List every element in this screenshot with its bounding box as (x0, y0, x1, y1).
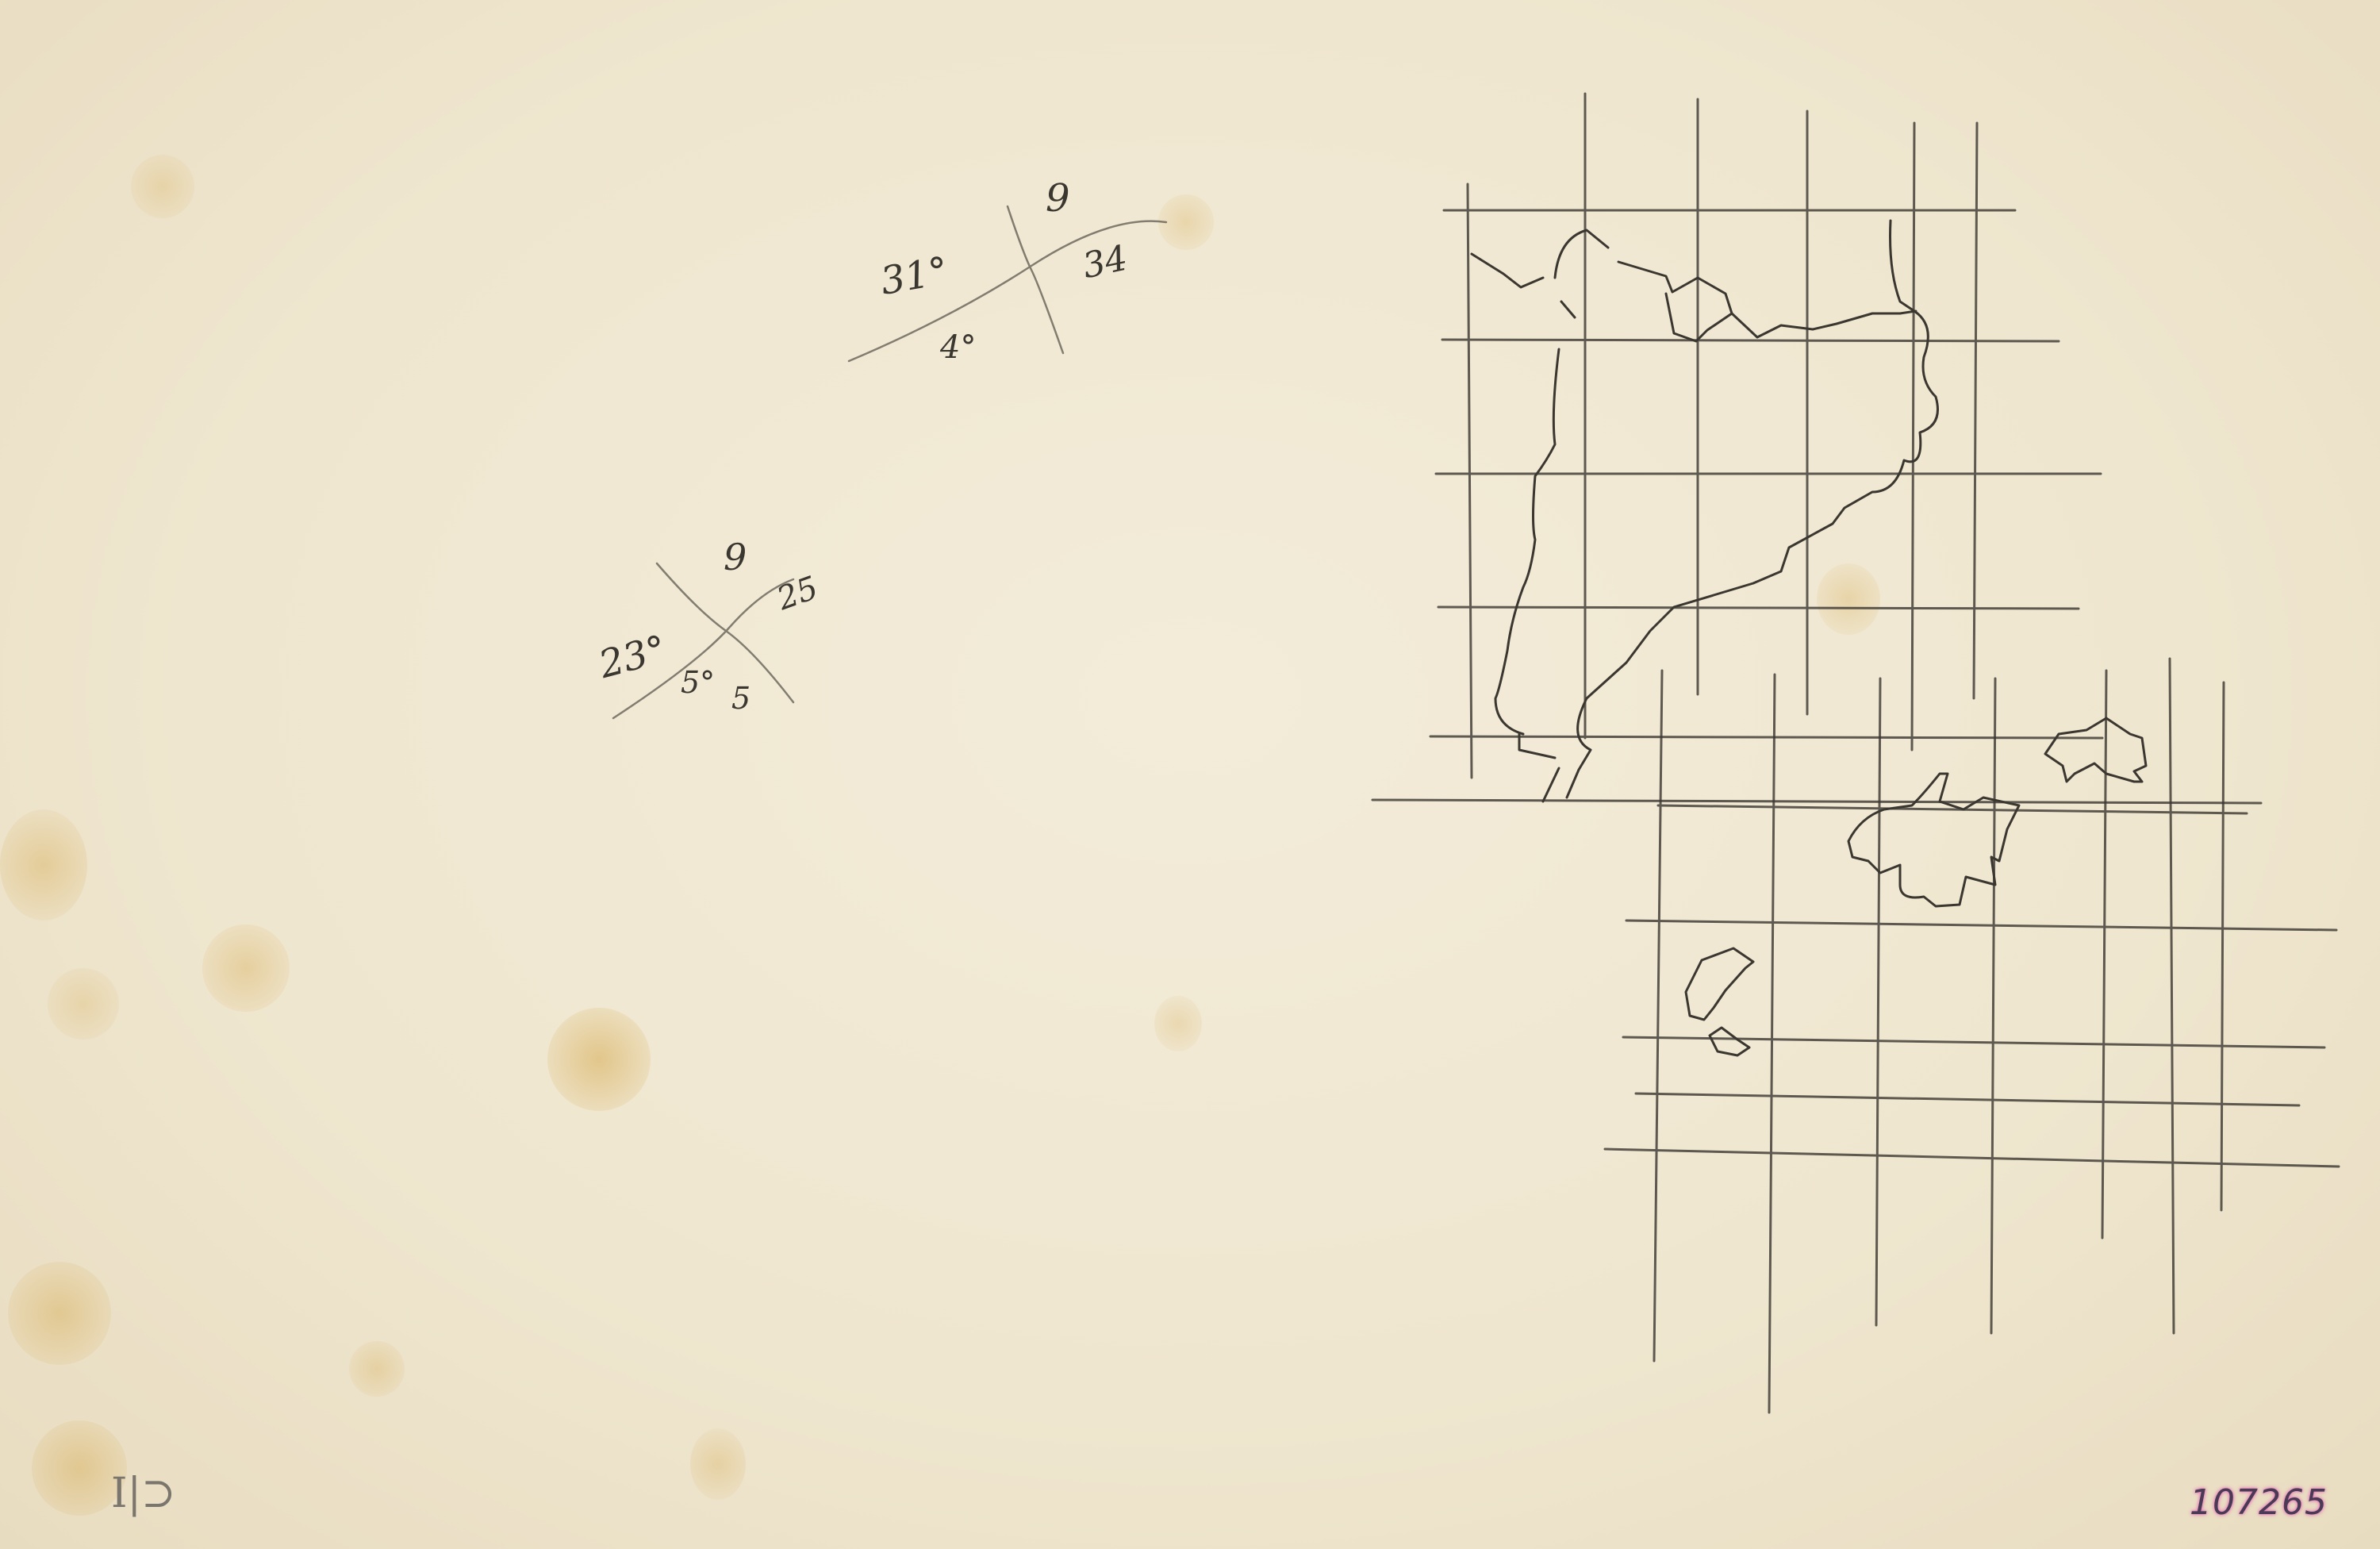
upper-cross-top-label: 9 (1046, 176, 1070, 221)
folio-mark: I|⊃ (111, 1470, 176, 1517)
ibiza-outline (1686, 948, 1753, 1020)
pencil-drawing (0, 0, 2380, 1549)
balearic-islands (1686, 718, 2146, 1055)
inventory-number: 107265 (2190, 1482, 2328, 1523)
upper-cross-bottom-label: 4° (940, 329, 976, 366)
menorca-outline (2045, 718, 2146, 782)
balearic-grid (1605, 659, 2339, 1413)
catalonia-coastline (1472, 221, 1938, 801)
lower-cross-top-label: 9 (724, 536, 747, 578)
lower-cross-bottom-left-label: 5° (681, 665, 715, 700)
formentera-outline (1710, 1028, 1749, 1055)
catalonia-grid (1372, 94, 2261, 803)
lower-cross-bottom-right-label: 5 (731, 681, 750, 716)
paper-sheet: 9 31° 34 4° 9 23° 25 5° 5 I|⊃ 107265 (0, 0, 2380, 1549)
